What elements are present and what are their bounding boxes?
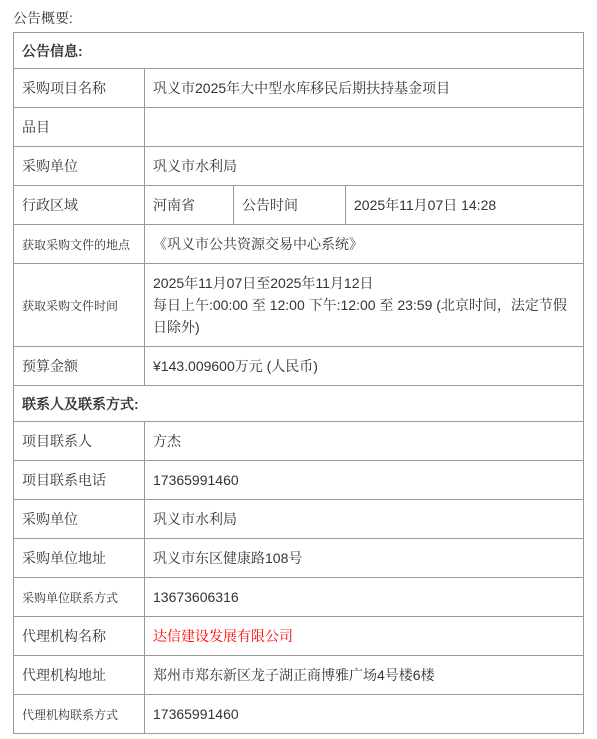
row-label-cell: 采购单位联系方式 (14, 578, 145, 617)
row-label-cell: 公告时间 (234, 186, 346, 225)
row-value-cell (145, 108, 584, 147)
row-value-cell: 《巩义市公共资源交易中心系统》 (145, 225, 584, 264)
row-value-cell: 2025年11月07日 14:28 (346, 186, 584, 225)
row-label-cell: 采购单位地址 (14, 539, 145, 578)
page-title: 公告概要: (13, 11, 583, 26)
row-value-cell: 郑州市郑东新区龙子湖正商博雅广场4号楼6楼 (145, 656, 584, 695)
section-header-cell: 公告信息: (14, 33, 584, 69)
row-value-cell: 河南省 (145, 186, 234, 225)
row-value-cell: 巩义市水利局 (145, 500, 584, 539)
announcement-page: 公告概要: 公告信息:采购项目名称巩义市2025年大中型水库移民后期扶持基金项目… (0, 0, 597, 739)
row-label-cell: 采购单位 (14, 147, 145, 186)
table-row: 采购单位巩义市水利局 (14, 500, 584, 539)
row-label-cell: 采购单位 (14, 500, 145, 539)
row-value-cell: 13673606316 (145, 578, 584, 617)
table-row: 获取采购文件时间2025年11月07日至2025年11月12日每日上午:00:0… (14, 264, 584, 347)
row-value-cell: 17365991460 (145, 695, 584, 734)
table-row: 预算金额¥143.009600万元 (人民币) (14, 347, 584, 386)
row-value-cell: 2025年11月07日至2025年11月12日每日上午:00:00 至 12:0… (145, 264, 584, 347)
table-row: 公告信息: (14, 33, 584, 69)
table-row: 联系人及联系方式: (14, 386, 584, 422)
table-row: 获取采购文件的地点《巩义市公共资源交易中心系统》 (14, 225, 584, 264)
table-row: 代理机构名称达信建设发展有限公司 (14, 617, 584, 656)
announcement-table: 公告信息:采购项目名称巩义市2025年大中型水库移民后期扶持基金项目品目采购单位… (13, 32, 584, 734)
row-label-cell: 预算金额 (14, 347, 145, 386)
table-row: 代理机构联系方式17365991460 (14, 695, 584, 734)
row-value-cell: ¥143.009600万元 (人民币) (145, 347, 584, 386)
table-row: 品目 (14, 108, 584, 147)
row-value-line: 每日上午:00:00 至 12:00 下午:12:00 至 23:59 (北京时… (153, 294, 575, 338)
row-value-cell: 达信建设发展有限公司 (145, 617, 584, 656)
table-row: 项目联系电话17365991460 (14, 461, 584, 500)
table-row: 采购单位巩义市水利局 (14, 147, 584, 186)
row-value-cell: 方杰 (145, 422, 584, 461)
row-label-cell: 代理机构地址 (14, 656, 145, 695)
row-value-line: 2025年11月07日至2025年11月12日 (153, 272, 575, 294)
row-label-cell: 代理机构名称 (14, 617, 145, 656)
row-value-cell: 巩义市2025年大中型水库移民后期扶持基金项目 (145, 69, 584, 108)
row-value-cell: 巩义市水利局 (145, 147, 584, 186)
row-label-cell: 项目联系电话 (14, 461, 145, 500)
table-row: 项目联系人方杰 (14, 422, 584, 461)
row-label-cell: 采购项目名称 (14, 69, 145, 108)
announcement-table-body: 公告信息:采购项目名称巩义市2025年大中型水库移民后期扶持基金项目品目采购单位… (14, 33, 584, 734)
table-row: 采购单位地址巩义市东区健康路108号 (14, 539, 584, 578)
row-label-cell: 行政区域 (14, 186, 145, 225)
section-header-cell: 联系人及联系方式: (14, 386, 584, 422)
table-row: 代理机构地址郑州市郑东新区龙子湖正商博雅广场4号楼6楼 (14, 656, 584, 695)
row-value-cell: 17365991460 (145, 461, 584, 500)
row-label-cell: 获取采购文件的地点 (14, 225, 145, 264)
row-label-cell: 品目 (14, 108, 145, 147)
row-label-cell: 项目联系人 (14, 422, 145, 461)
row-label-cell: 获取采购文件时间 (14, 264, 145, 347)
table-row: 采购单位联系方式13673606316 (14, 578, 584, 617)
table-row: 采购项目名称巩义市2025年大中型水库移民后期扶持基金项目 (14, 69, 584, 108)
row-value-cell: 巩义市东区健康路108号 (145, 539, 584, 578)
table-row: 行政区域河南省公告时间2025年11月07日 14:28 (14, 186, 584, 225)
row-label-cell: 代理机构联系方式 (14, 695, 145, 734)
